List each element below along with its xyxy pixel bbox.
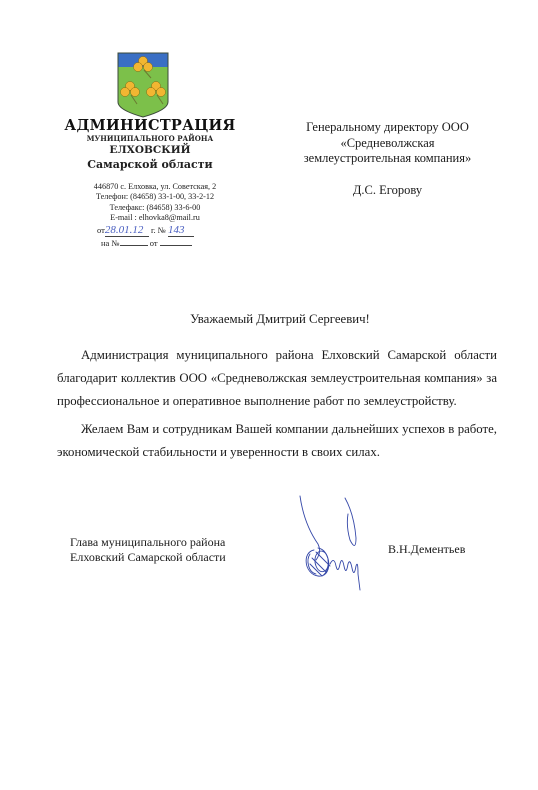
letter-paragraph-1: Администрация муниципального района Елхо… [57, 344, 497, 413]
ref-date: 28.01.12 [105, 224, 149, 237]
reply-date-label: от [150, 238, 158, 248]
email-line: E-mail : elhovka8@mail.ru [65, 213, 245, 223]
ref-from-label: от [97, 225, 105, 235]
address-line: 446870 с. Елховка, ул. Советская, 2 [65, 182, 245, 192]
clover-shield-icon [117, 52, 169, 118]
document-reference: от28.01.12 г. № 143 на № от [80, 224, 220, 249]
signature-icon [290, 494, 380, 594]
addressee-name: Д.С. Егорову [275, 183, 500, 199]
org-district: ЕЛХОВСКИЙ [60, 144, 240, 157]
fax-line: Телефакс: (84658) 33-6-00 [65, 203, 245, 213]
addressee-line: Генеральному директору ООО [275, 120, 500, 136]
signer-role: Глава муниципального района Елховский Са… [70, 535, 226, 564]
ref-number: 143 [168, 224, 194, 237]
reply-date-blank [160, 237, 192, 246]
signer-name: В.Н.Дементьев [388, 542, 465, 557]
addressee-line: «Средневолжская [275, 136, 500, 152]
letter-paragraph-2: Желаем Вам и сотрудникам Вашей компании … [57, 418, 497, 464]
addressee-block: Генеральному директору ООО «Средневолжск… [275, 120, 500, 198]
org-region: Самарской области [60, 157, 240, 172]
paragraph-text: Желаем Вам и сотрудникам Вашей компании … [57, 418, 497, 464]
ref-number-label: г. № [151, 225, 166, 235]
salutation: Уважаемый Дмитрий Сергеевич! [50, 312, 510, 327]
org-title: АДМИНИСТРАЦИЯ [60, 118, 240, 134]
org-contacts: 446870 с. Елховка, ул. Советская, 2 Теле… [65, 182, 245, 224]
signer-role-line: Елховский Самарской области [70, 550, 226, 565]
handwritten-signature [290, 494, 380, 594]
phone-line: Телефон: (84658) 33-1-00, 33-2-12 [65, 192, 245, 202]
reply-number-blank [120, 237, 148, 246]
addressee-line: землеустроительная компания» [275, 151, 500, 167]
coat-of-arms-emblem [117, 52, 169, 118]
letterhead: АДМИНИСТРАЦИЯ МУНИЦИПАЛЬНОГО РАЙОНА ЕЛХО… [60, 118, 240, 172]
signer-role-line: Глава муниципального района [70, 535, 226, 550]
org-subtitle: МУНИЦИПАЛЬНОГО РАЙОНА [60, 134, 240, 144]
paragraph-text: Администрация муниципального района Елхо… [57, 344, 497, 413]
reply-number-label: на № [101, 238, 120, 248]
